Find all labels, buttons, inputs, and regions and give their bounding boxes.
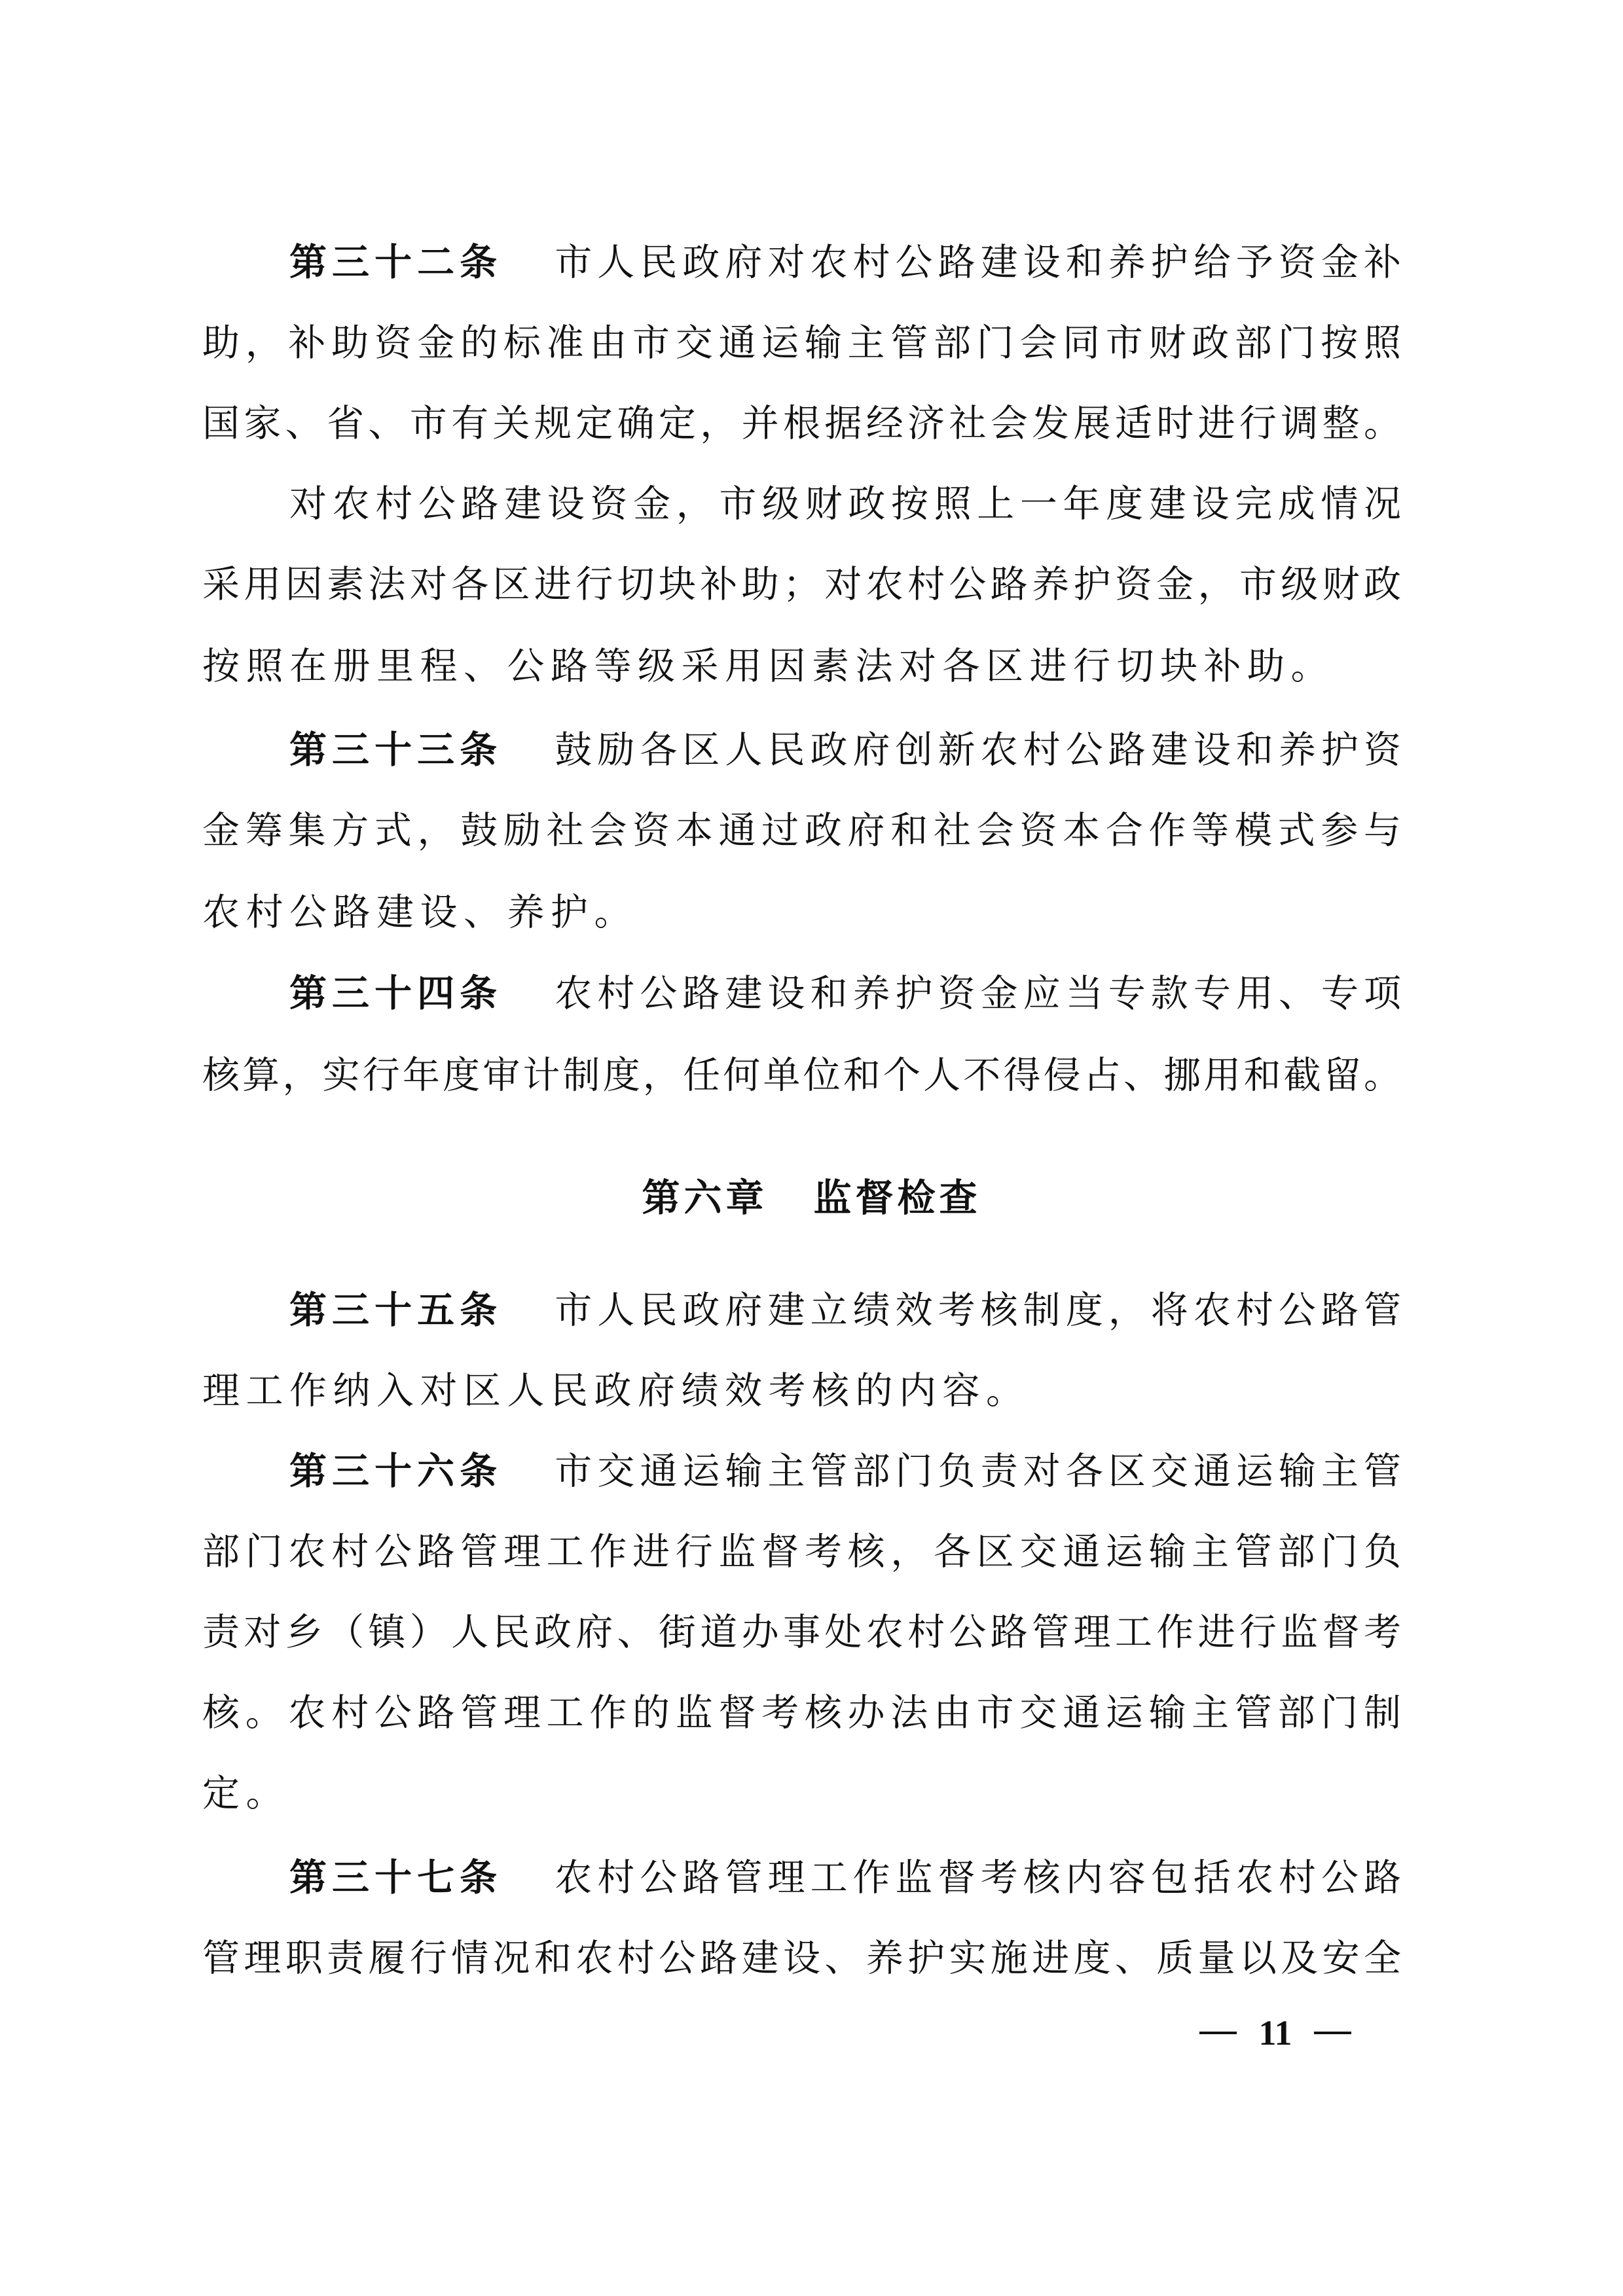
article-34-line-1: 第三十四条农村公路建设和养护资金应当专款专用、专项	[289, 971, 1401, 1016]
page-number-value: 11	[1258, 2013, 1292, 2053]
article-33-line-1: 第三十三条鼓励各区人民政府创新农村公路建设和养护资	[289, 727, 1401, 773]
article-34-line-2: 核算，实行年度审计制度，任何单位和个人不得侵占、挪用和截留。	[202, 1052, 1401, 1098]
article-36-line-1: 第三十六条市交通运输主管部门负责对各区交通运输主管	[289, 1448, 1401, 1494]
article-32-para-2-line-2: 采用因素法对各区进行切块补助；对农村公路养护资金，市级财政	[202, 562, 1401, 607]
article-35-label: 第三十五条	[289, 1289, 502, 1332]
article-32-line-2: 助，补助资金的标准由市交通运输主管部门会同市财政部门按照	[202, 320, 1401, 366]
article-35-text-1: 市人民政府建立绩效考核制度，将农村公路管	[549, 1289, 1401, 1332]
article-37-label: 第三十七条	[289, 1856, 502, 1899]
article-32-para-2-line-3: 按照在册里程、公路等级采用因素法对各区进行切块补助。	[202, 643, 1401, 689]
article-32-text-1: 市人民政府对农村公路建设和养护给予资金补	[549, 241, 1401, 284]
article-32-line-3: 国家、省、市有关规定确定，并根据经济社会发展适时进行调整。	[202, 401, 1401, 446]
page-number: 11	[1199, 2013, 1351, 2053]
article-36-text-1: 市交通运输主管部门负责对各区交通运输主管	[549, 1450, 1401, 1493]
article-35-line-2: 理工作纳入对区人民政府绩效考核的内容。	[202, 1368, 1401, 1414]
article-33-label: 第三十三条	[289, 728, 502, 772]
article-36-line-2: 部门农村公路管理工作进行监督考核，各区交通运输主管部门负	[202, 1529, 1401, 1575]
article-37-line-2: 管理职责履行情况和农村公路建设、养护实施进度、质量以及安全	[202, 1935, 1401, 1981]
article-33-line-2: 金筹集方式，鼓励社会资本通过政府和社会资本合作等模式参与	[202, 808, 1401, 853]
document-page: 第三十二条市人民政府对农村公路建设和养护给予资金补 助，补助资金的标准由市交通运…	[0, 0, 1623, 2296]
article-36-line-3: 责对乡（镇）人民政府、街道办事处农村公路管理工作进行监督考	[202, 1609, 1401, 1655]
article-36-label: 第三十六条	[289, 1450, 502, 1493]
article-36-line-4: 核。农村公路管理工作的监督考核办法由市交通运输主管部门制	[202, 1690, 1401, 1736]
page-number-dash-left	[1199, 2032, 1237, 2034]
article-34-text-1: 农村公路建设和养护资金应当专款专用、专项	[549, 972, 1401, 1015]
article-35-line-1: 第三十五条市人民政府建立绩效考核制度，将农村公路管	[289, 1287, 1401, 1333]
article-32-para-2-line-1: 对农村公路建设资金，市级财政按照上一年度建设完成情况	[289, 481, 1401, 527]
chapter-heading: 第六章监督检查	[0, 1173, 1623, 1223]
article-32-label: 第三十二条	[289, 241, 502, 284]
chapter-title: 监督检查	[814, 1175, 981, 1220]
article-33-text-1: 鼓励各区人民政府创新农村公路建设和养护资	[549, 728, 1401, 772]
article-36-line-5: 定。	[202, 1770, 1401, 1816]
article-33-line-3: 农村公路建设、养护。	[202, 889, 1401, 935]
page-number-dash-right	[1314, 2032, 1351, 2034]
article-37-text-1: 农村公路管理工作监督考核内容包括农村公路	[549, 1856, 1401, 1899]
article-37-line-1: 第三十七条农村公路管理工作监督考核内容包括农村公路	[289, 1855, 1401, 1901]
chapter-number: 第六章	[642, 1175, 767, 1220]
article-34-label: 第三十四条	[289, 972, 502, 1015]
article-32-line-1: 第三十二条市人民政府对农村公路建设和养护给予资金补	[289, 240, 1401, 285]
